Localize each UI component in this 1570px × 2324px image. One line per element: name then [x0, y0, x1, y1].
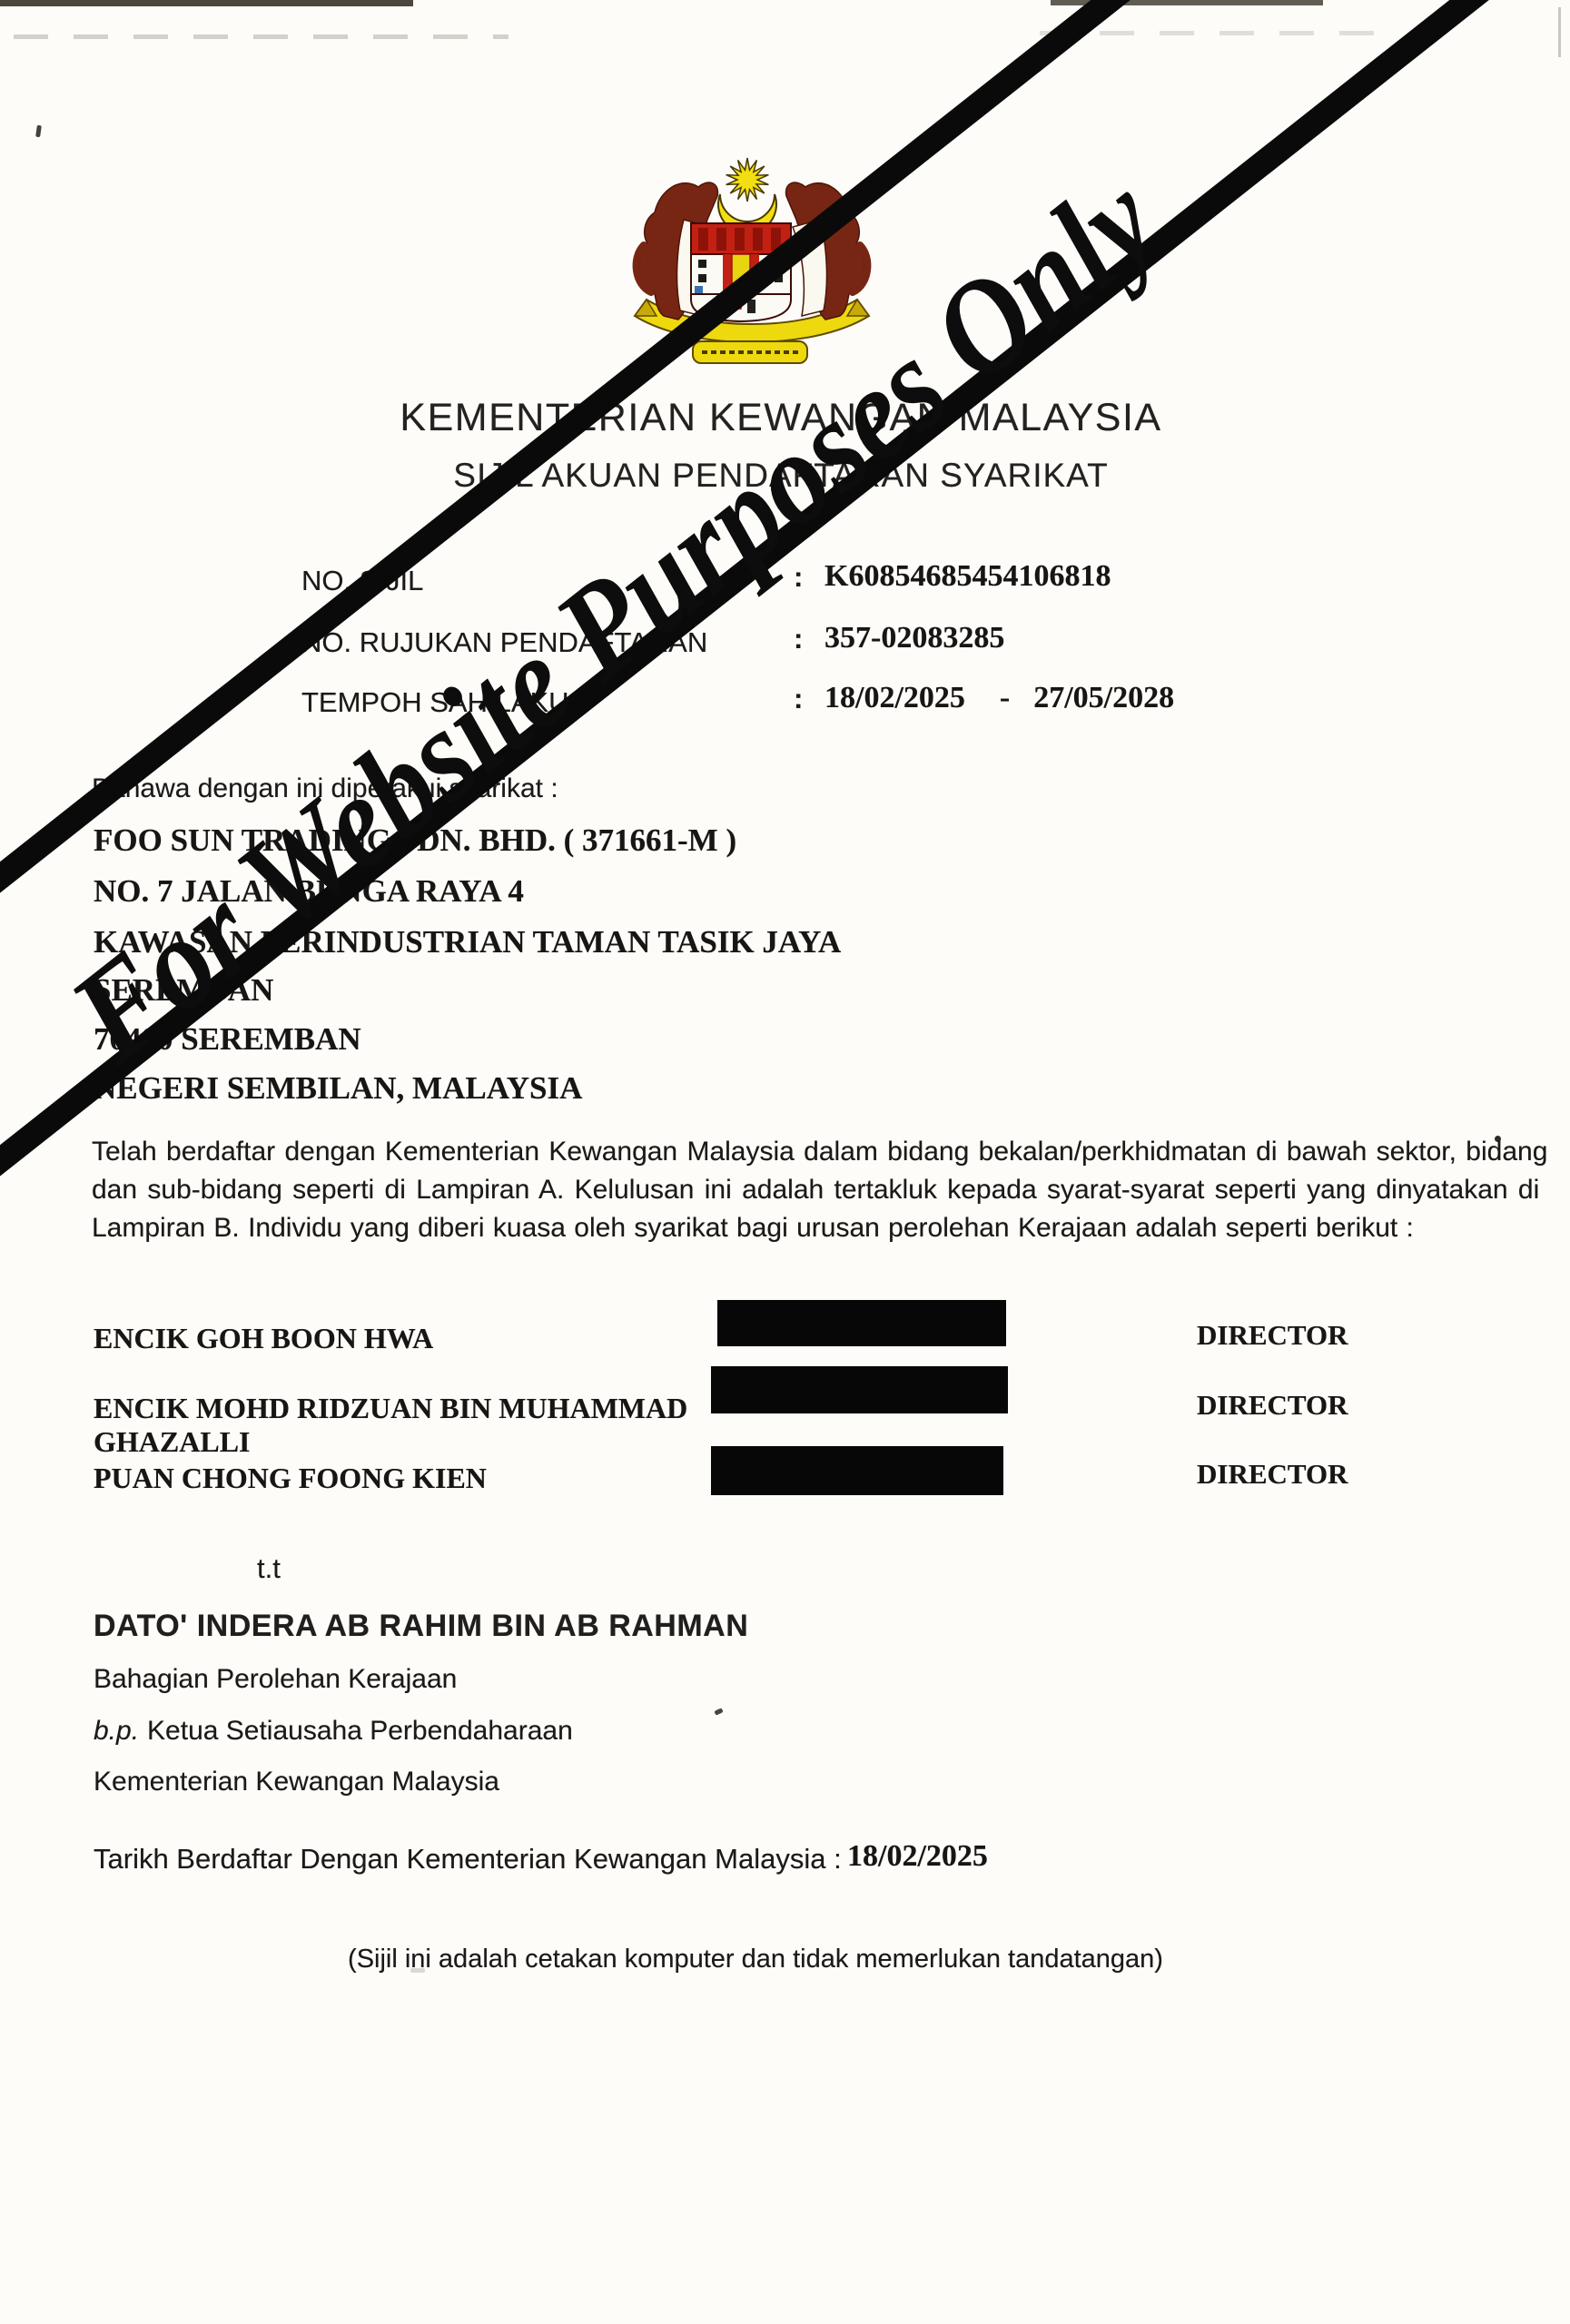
- director-role-2: DIRECTOR: [1197, 1389, 1348, 1422]
- signatory-division: Bahagian Perolehan Kerajaan: [94, 1664, 457, 1695]
- company-address-line-5: NEGERI SEMBILAN, MALAYSIA: [94, 1070, 582, 1107]
- field-separator: :: [794, 683, 803, 715]
- validity-start-date: 18/02/2025: [824, 681, 965, 714]
- director-name-3: PUAN CHONG FOONG KIEN: [94, 1462, 487, 1495]
- bp-prefix: b.p.: [94, 1716, 139, 1746]
- director-role-1: DIRECTOR: [1197, 1319, 1348, 1352]
- director-name-1: ENCIK GOH BOON HWA: [94, 1322, 433, 1355]
- body-paragraph-line-2: dan sub-bidang seperti di Lampiran A. Ke…: [92, 1175, 1539, 1206]
- intro-line: Bahawa dengan ini diperakui syarikat :: [92, 773, 558, 804]
- field-label-no-rujukan: NO. RUJUKAN PENDAFTARAN: [301, 626, 707, 659]
- redaction-bar-3: [711, 1446, 1003, 1495]
- company-address-line-2: KAWASAN PERINDUSTRIAN TAMAN TASIK JAYA: [94, 924, 841, 960]
- company-address-line-1: NO. 7 JALAN BUNGA RAYA 4: [94, 873, 524, 910]
- redaction-bar-2: [711, 1366, 1008, 1413]
- footnote: (Sijil ini adalah cetakan komputer dan t…: [0, 1945, 1511, 1974]
- page-subtitle: SIJIL AKUAN PENDAFTARAN SYARIKAT: [390, 457, 1171, 495]
- field-value-tempoh: 18/02/2025-27/05/2028: [824, 681, 1174, 715]
- malaysia-coat-of-arms-icon: [629, 156, 874, 367]
- director-role-3: DIRECTOR: [1197, 1458, 1348, 1491]
- signature-tt: t.t: [257, 1552, 281, 1585]
- field-separator: :: [794, 561, 803, 594]
- director-name-2: ENCIK MOHD RIDZUAN BIN MUHAMMAD: [94, 1392, 687, 1425]
- registration-date-value: 18/02/2025: [847, 1839, 988, 1874]
- body-paragraph-line-1: Telah berdaftar dengan Kementerian Kewan…: [92, 1137, 1547, 1167]
- signatory-name: DATO' INDERA AB RAHIM BIN AB RAHMAN: [94, 1609, 748, 1644]
- validity-end-date: 27/05/2028: [1033, 681, 1174, 714]
- field-label-tempoh: TEMPOH SAH LAKU: [301, 686, 569, 719]
- field-value-no-rujukan: 357-02083285: [824, 621, 1004, 655]
- body-paragraph-line-3: Lampiran B. Individu yang diberi kuasa o…: [92, 1213, 1414, 1244]
- field-value-no-sijil: K60854685454106818: [824, 559, 1111, 594]
- validity-range-separator: -: [1000, 681, 1010, 714]
- page-title: KEMENTERIAN KEWANGAN MALAYSIA: [390, 396, 1171, 440]
- registration-date-label: Tarikh Berdaftar Dengan Kementerian Kewa…: [94, 1843, 842, 1876]
- director-name-2-line-2: GHAZALLI: [94, 1425, 250, 1459]
- company-name: FOO SUN TRADING SDN. BHD. ( 371661-M ): [94, 822, 736, 859]
- bp-text: Ketua Setiausaha Perbendaharaan: [147, 1716, 573, 1746]
- certificate-page: KEMENTERIAN KEWANGAN MALAYSIA SIJIL AKUA…: [0, 0, 1570, 2324]
- signatory-ministry: Kementerian Kewangan Malaysia: [94, 1767, 499, 1797]
- company-address-line-3: SEREMBAN: [94, 972, 273, 1009]
- field-label-no-sijil: NO. SIJIL: [301, 565, 423, 597]
- redaction-bar-1: [717, 1300, 1006, 1346]
- company-address-line-4: 70400 SEREMBAN: [94, 1021, 361, 1058]
- field-separator: :: [794, 623, 803, 655]
- signatory-bp-line: b.p.Ketua Setiausaha Perbendaharaan: [94, 1716, 573, 1747]
